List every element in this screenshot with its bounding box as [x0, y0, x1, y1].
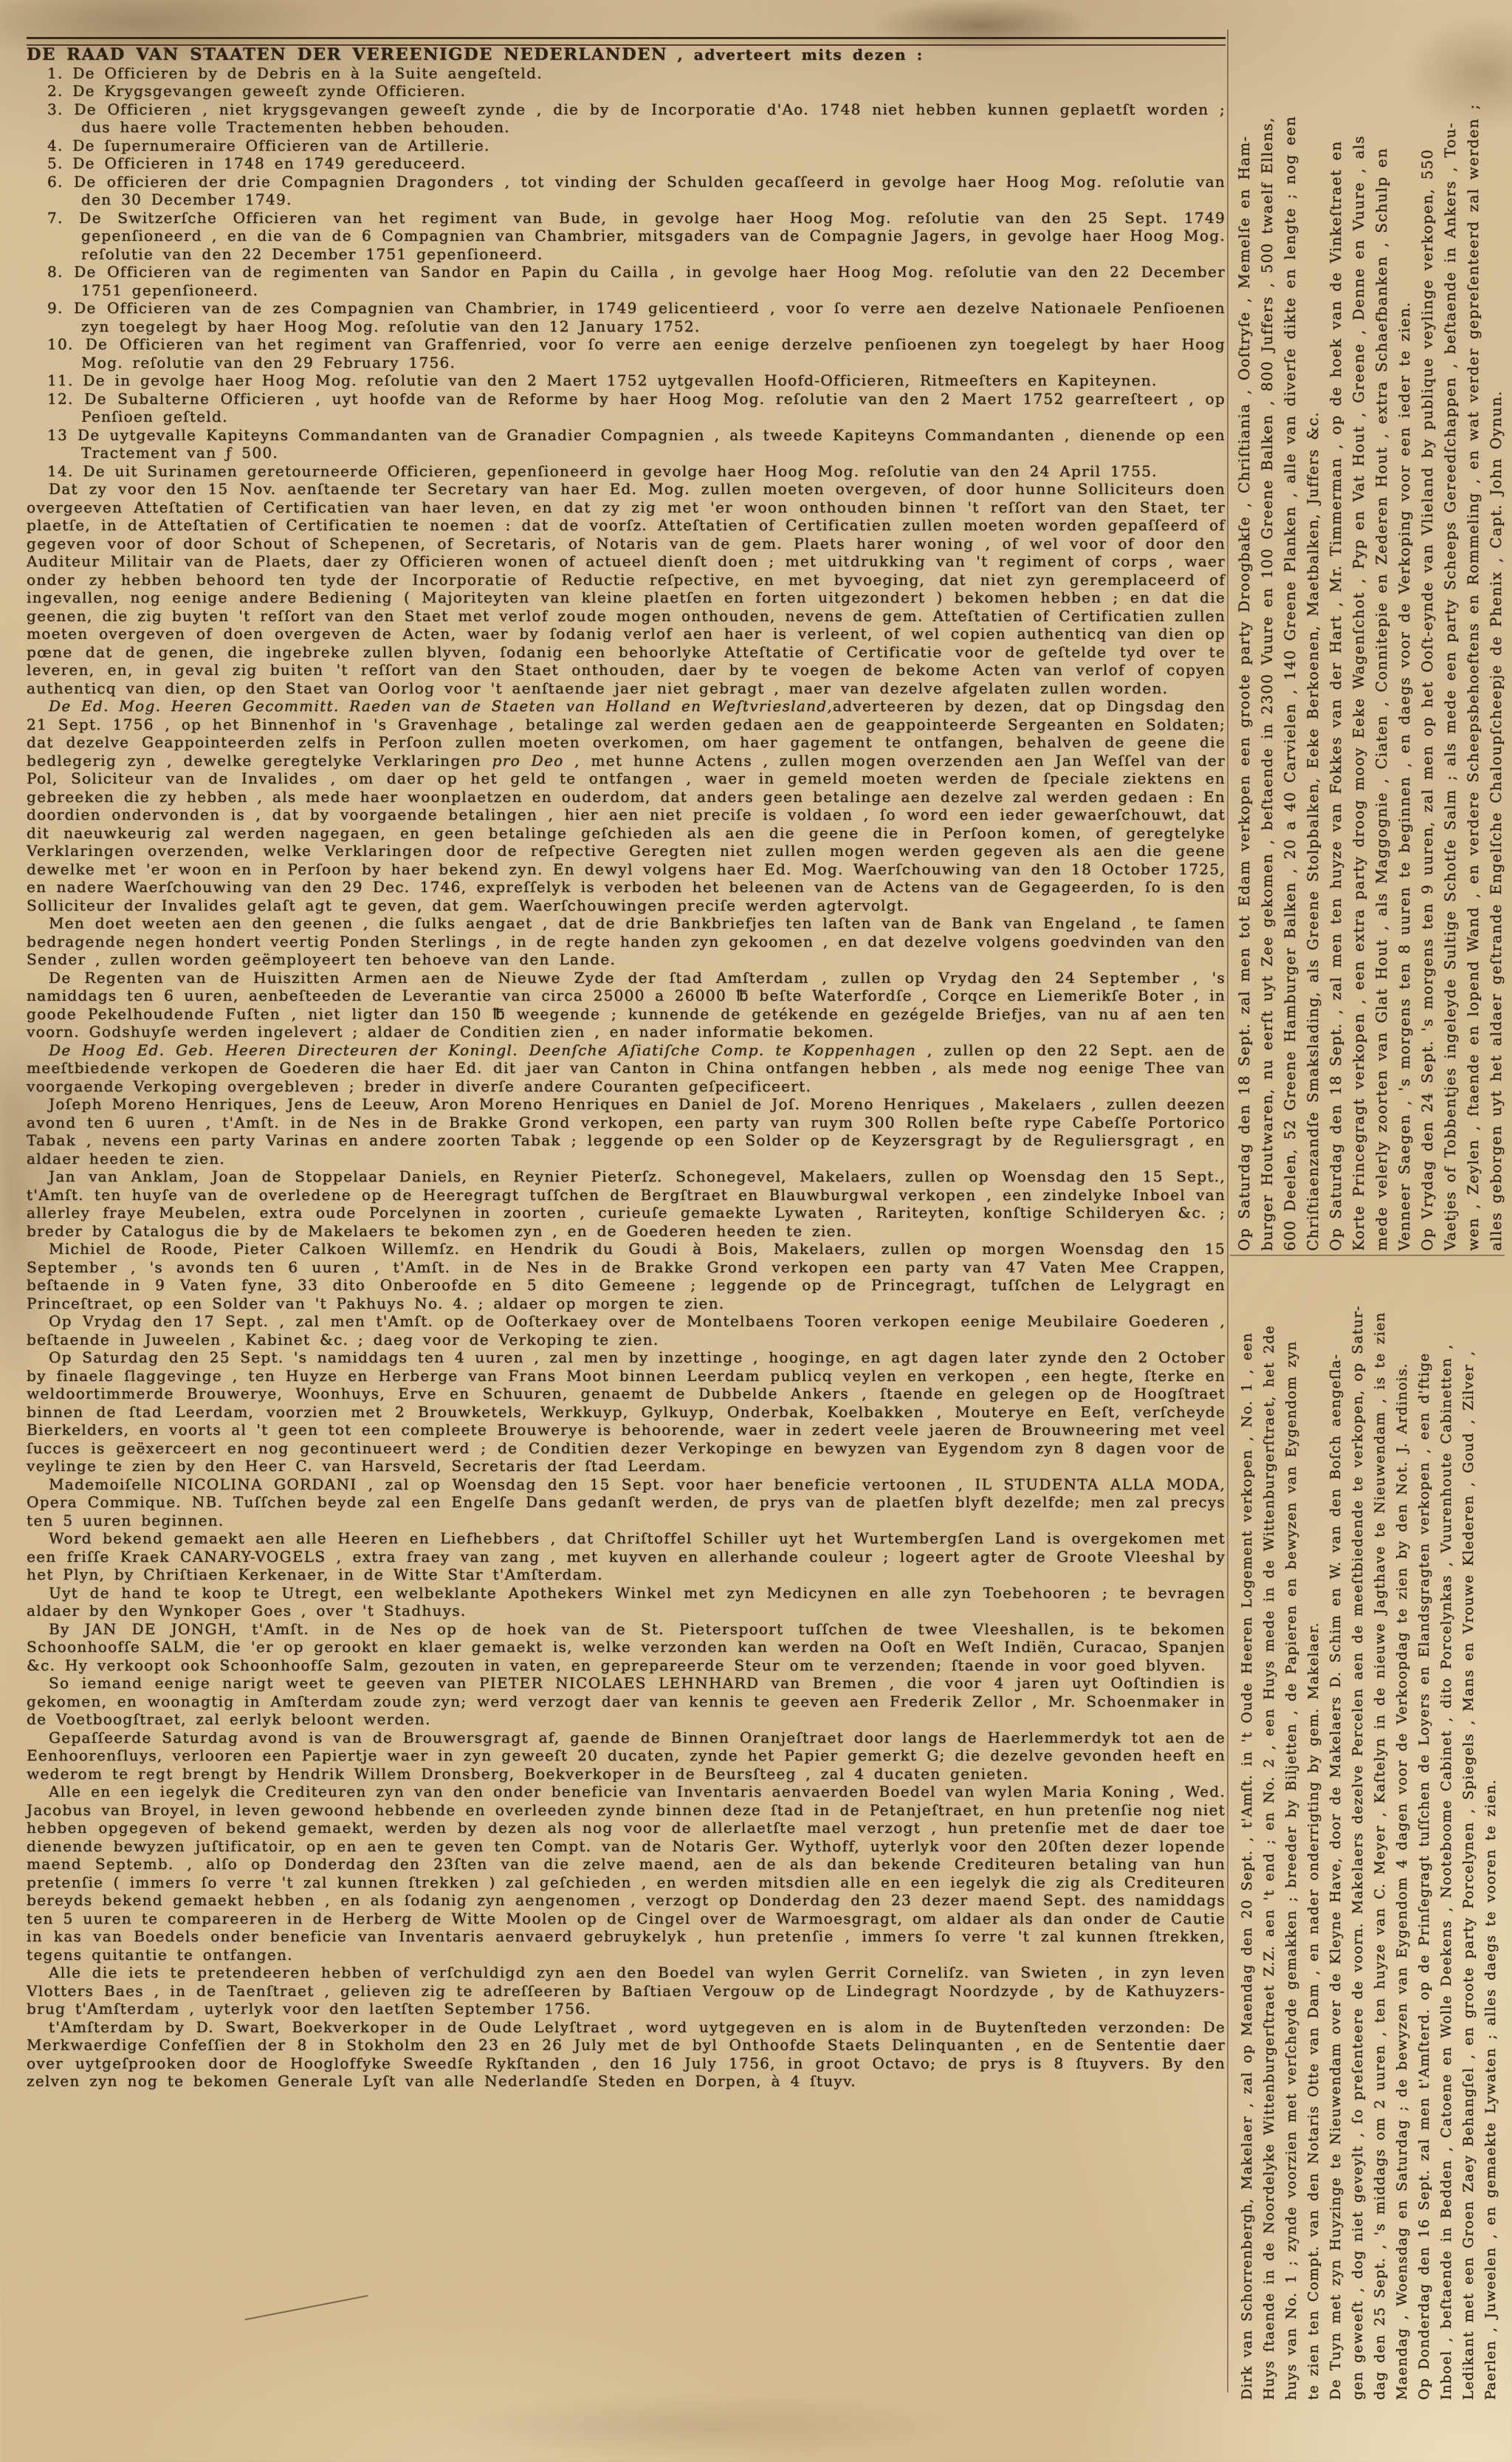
margin-ad-line: Op Vrydag den 24 Sept. 's morgens ten 9 …	[1416, 29, 1439, 1251]
masthead-subtitle: , adverteert mits dezen :	[667, 46, 924, 64]
margin-divider-rule	[1230, 1255, 1505, 1256]
margin-ad-line: gen geweeſt , dog niet geveylt , ſo preſ…	[1347, 1261, 1369, 2400]
paragraph: t'Amſterdam by D. Swart, Boekverkoper in…	[27, 2018, 1226, 2091]
paragraph: Op Saturdag den 25 Sept. 's namiddags te…	[27, 1348, 1226, 1475]
paragraph: De Regenten van de Huiszitten Armen aen …	[27, 969, 1226, 1041]
paragraph: Op Vrydag den 17 Sept. , zal men t'Amſt.…	[27, 1312, 1226, 1348]
paragraph: Jan van Anklam, Joan de Stoppelaar Danie…	[27, 1167, 1226, 1240]
list-item: 6. De officieren der drie Compagnien Dra…	[27, 173, 1226, 209]
list-item: 4. De ſupernumeraire Officieren van de A…	[27, 137, 1226, 155]
margin-ad-line: Ledikant met een Groen Zaey Behangſel , …	[1457, 1261, 1480, 2400]
paragraph: Gepaſſeerde Saturdag avond is van de Bro…	[27, 1729, 1226, 1783]
paragraph: Uyt de hand te koop te Utregt, een welbe…	[27, 1584, 1226, 1620]
margin-ad-line: alles geborgen uyt het aldaer geſtrande …	[1485, 29, 1508, 1251]
margin-ad-line: dag den 25 Sept. , 's middags om 2 uuren…	[1369, 1261, 1391, 2400]
column-divider-rule	[1227, 30, 1228, 2393]
paragraph: De Ed. Mog. Heeren Gecommitt. Raeden van…	[27, 697, 1226, 914]
paragraph: Mademoiſelle NICOLINA GORDANI , zal op W…	[27, 1475, 1226, 1530]
paragraph: Alle die iets te pretendeeren hebben of …	[27, 1964, 1226, 2018]
right-margin-ads-upper: Op Saturdag den 18 Sept. zal men tot Eda…	[1233, 29, 1512, 1251]
margin-ad-line: Korte Princegragt verkopen , een extra p…	[1347, 29, 1370, 1251]
margin-ad-line: Huys ſtaende in de Noordelyke Wittenburg…	[1258, 1261, 1280, 2400]
list-item: 12. De Subalterne Officieren , uyt hoofd…	[27, 390, 1226, 426]
margin-ad-line: Op Donderdag den 16 Sept. zal men t'Amſt…	[1413, 1261, 1435, 2400]
ink-scratch	[244, 2295, 368, 2320]
margin-ad-line: 600 Deelen, 52 Greene Hamburger Balken ,…	[1279, 29, 1302, 1251]
paragraph: Dat zy voor den 15 Nov. aenſtaende ter S…	[27, 480, 1226, 697]
paragraph: Joſeph Moreno Henriques, Jens de Leeuw, …	[27, 1095, 1226, 1167]
margin-ad-line: Paerlen , Juweelen , en gemaekte Lywaten…	[1480, 1261, 1502, 2400]
margin-ad-line: Chriſtiaenzandſe Smakslading, als Greene…	[1302, 29, 1324, 1251]
margin-ad-line: burger Houtwaren, nu eerſt uyt Zee gekom…	[1256, 29, 1279, 1251]
margin-ad-line: Maendag , Woensdag en Saturdag ; de bewy…	[1391, 1261, 1413, 2400]
paragraph: So iemand eenige narigt weet te geeven v…	[27, 1674, 1226, 1729]
masthead-text: DE RAAD VAN STAATEN DER VEREENIGDE NEDER…	[27, 45, 667, 64]
paragraph: Men doet weeten aen den geenen , die ſul…	[27, 914, 1226, 969]
list-item: 10. De Officieren van het regiment van G…	[27, 335, 1226, 371]
paragraph: Alle en een iegelyk die Crediteuren zyn …	[27, 1783, 1226, 1964]
page-title: DE RAAD VAN STAATEN DER VEREENIGDE NEDER…	[27, 46, 1226, 64]
list-item: 3. De Officieren , niet krygsgevangen ge…	[27, 100, 1226, 137]
list-item: 5. De Officieren in 1748 en 1749 gereduc…	[27, 154, 1226, 173]
paragraph: Word bekend gemaekt aen alle Heeren en L…	[27, 1529, 1226, 1584]
list-item: 13 De uytgevalle Kapiteyns Commandanten …	[27, 426, 1226, 462]
margin-ad-line: De Tuyn met zyn Huyzinge te Nieuwendam o…	[1324, 1261, 1347, 2400]
list-item: 8. De Officieren van de regimenten van S…	[27, 263, 1226, 299]
paragraph: By JAN DE JONGH, t'Amſt. in de Nes op de…	[27, 1620, 1226, 1675]
margin-ad-line: Venneer Saegen , 's morgens ten 8 uuren …	[1393, 29, 1416, 1251]
newspaper-page: DE RAAD VAN STAATEN DER VEREENIGDE NEDER…	[0, 0, 1512, 2462]
list-item: 1. De Officieren by de Debris en à la Su…	[27, 64, 1226, 83]
paragraph: Michiel de Roode, Pieter Calkoen Willemſ…	[27, 1240, 1226, 1312]
right-margin-ads-lower: Dirk van Schorrenbergh, Makelaer , zal o…	[1236, 1261, 1506, 2400]
margin-ad-line: Dirk van Schorrenbergh, Makelaer , zal o…	[1236, 1261, 1258, 2400]
list-item: 7. De Switzerſche Officieren van het reg…	[27, 209, 1226, 264]
margin-ad-line: Vaetjes of Tobbentjes ingeleyde Sultige …	[1439, 29, 1462, 1251]
margin-ad-line: mede velerly zoorten van Glat Hout , als…	[1370, 29, 1393, 1251]
main-column: DE RAAD VAN STAATEN DER VEREENIGDE NEDER…	[27, 37, 1226, 2091]
margin-ad-line: Op Saturdag den 18 Sept. , zal men ten h…	[1324, 29, 1347, 1251]
list-item: 9. De Officieren van de zes Compagnien v…	[27, 299, 1226, 335]
margin-ad-line: wen , Zeylen , ſtaende en lopend Wand , …	[1462, 29, 1485, 1251]
list-item: 2. De Krygsgevangen geweeſt zynde Offici…	[27, 82, 1226, 100]
list-item: 14. De uit Surinamen geretourneerde Offi…	[27, 462, 1226, 481]
list-item: 11. De in gevolge haer Hoog Mog. reſolut…	[27, 371, 1226, 390]
margin-ad-line: te zien ten Compt. van den Notaris Otte …	[1302, 1261, 1324, 2400]
margin-ad-line: Inboel , beſtaende in Bedden , Catoene e…	[1435, 1261, 1457, 2400]
margin-ad-line: huys van No. 1 ; zynde voorzien met verſ…	[1280, 1261, 1302, 2400]
paragraph: De Hoog Ed. Geb. Heeren Directeuren der …	[27, 1041, 1226, 1096]
margin-ad-line: Op Saturdag den 18 Sept. zal men tot Eda…	[1233, 29, 1256, 1251]
paper-stain	[443, 2393, 960, 2459]
